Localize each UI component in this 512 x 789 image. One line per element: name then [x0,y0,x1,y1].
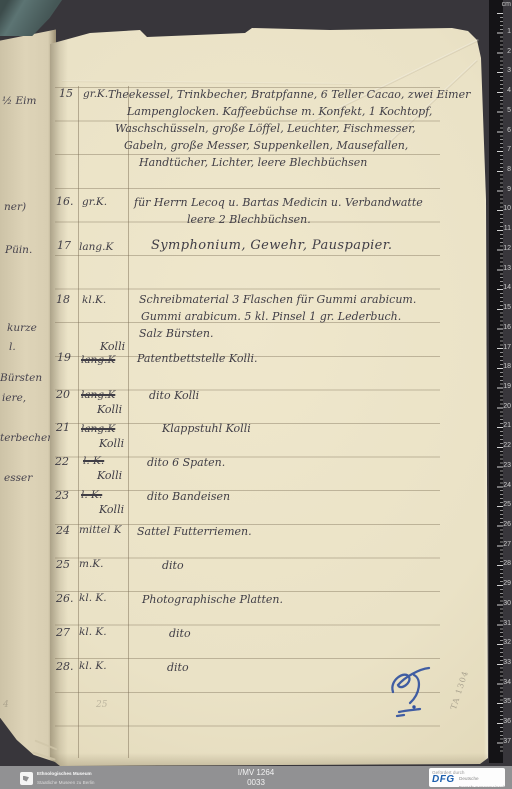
row-number: 25 [56,558,70,571]
row-label: lang.K [79,241,113,253]
ruler-number: 11 [503,225,511,232]
entry-line: Waschschüsseln, große Löffel, Leuchter, … [115,122,416,135]
document-scan-viewer: ½ Eim ner) Püin. kurze l. Bürsten iere, … [0,0,512,789]
ruler-number: 7 [503,146,511,153]
ruler-number: 17 [503,344,511,351]
ruler-unit-label: cm [502,1,511,8]
page-fragment: Püin. [5,244,32,256]
row-label-struck: l. K. [83,455,104,467]
museum-name-block: Ethnologisches Museum Staatliche Museen … [37,769,136,787]
entry-line: Klappstuhl Kolli [162,422,251,435]
column-line-numbers [78,86,79,758]
ruler-number: 19 [503,383,511,390]
ruler-number: 13 [503,265,511,272]
footer-bar: I/MV 1264 0033 Ethnologisches Museum Sta… [0,766,512,789]
row-label: kl. K. [79,626,107,638]
ruler-number: 12 [503,245,511,252]
page-fragment: ½ Eim [2,95,37,107]
museum-logo-icon [20,772,33,785]
entry-line: leere 2 Blechbüchsen. [187,213,311,226]
row-label-struck: l. K. [81,489,102,501]
row-number: 15 [59,87,73,100]
dfg-acronym: DFG [432,774,455,785]
row-number: 18 [56,293,70,306]
row-label-corrected: Kolli [99,503,124,516]
ruler-number: 26 [503,521,511,528]
entry-line: Gummi arabicum. 5 kl. Pinsel 1 gr. Leder… [141,310,401,323]
row-number: 20 [56,388,70,401]
row-label: gr.K. [83,88,108,100]
row-label: gr.K. [82,196,107,208]
entry-line: Symphonium, Gewehr, Pauspapier. [151,238,392,253]
entry-line: dito [167,661,189,674]
row-number: 22 [55,455,69,468]
ruler-number: 8 [503,166,511,173]
ruler-number: 32 [503,639,511,646]
ruler-number: 1 [503,28,511,35]
entry-line: Handtücher, Lichter, leere Blechbüchsen [139,156,367,169]
dfg-name-line1: Deutsche [459,776,505,781]
ruler-ticks [489,0,503,763]
row-number: 21 [56,421,70,434]
column-line-labels [128,86,129,758]
ruler: cm 1234567891011121314151617181920212223… [489,0,512,763]
row-number: 27 [56,626,70,639]
ruler-number: 5 [503,107,511,114]
pencil-mark: 25 [96,700,107,710]
page-fragment: kurze [7,322,37,334]
row-label-corrected: Kolli [100,340,125,353]
entry-line: Patentbettstelle Kolli. [137,352,258,365]
ruler-number: 31 [503,620,511,627]
entry-line: Lampenglocken. Kaffeebüchse m. Konfekt, … [127,105,432,118]
row-number: 23 [55,489,69,502]
entry-line: dito Bandeisen [147,490,230,503]
entry-line: dito Kolli [149,389,199,402]
row-label-struck: lang.K [81,423,115,435]
ruler-number: 10 [503,205,511,212]
page-fragment: l. [9,341,16,353]
entry-line: Schreibmaterial 3 Flaschen für Gummi ara… [139,293,416,306]
dfg-name-line2: Forschungsgemeinschaft [459,785,505,787]
entry-line: für Herrn Lecoq u. Bartas Medicin u. Ver… [134,196,423,209]
ruler-number: 18 [503,363,511,370]
row-number: 26. [56,592,74,605]
entry-line: dito [169,627,191,640]
row-label: m.K. [79,558,103,570]
museum-name: Ethnologisches Museum [37,771,95,776]
ruler-number: 22 [503,442,511,449]
ruler-number: 23 [503,462,511,469]
ruler-number: 3 [503,67,511,74]
ruler-number: 36 [503,718,511,725]
row-number: 28. [56,660,74,673]
dfg-logo: Gefördert durch DFG Deutsche Forschungsg… [429,768,505,787]
ruler-number: 37 [503,738,511,745]
page-fragment: iere, [2,392,26,404]
ruler-number: 25 [503,501,511,508]
row-label: mittel K [79,524,122,536]
page-fragment: terbecher [0,432,52,444]
entry-line: dito [162,559,184,572]
row-label-struck: lang.K [81,354,115,366]
entry-line: Theekessel, Trinkbecher, Bratpfanne, 6 T… [108,88,470,101]
ruler-number: 6 [503,127,511,134]
ruler-number: 27 [503,541,511,548]
ruler-number: 16 [503,324,511,331]
ruler-number: 28 [503,560,511,567]
blue-initial-mark [383,660,458,720]
entry-line: dito 6 Spaten. [147,456,225,469]
ruler-number: 2 [503,48,511,55]
ruler-number: 34 [503,679,511,686]
ruler-number: 35 [503,698,511,705]
ruler-number: 29 [503,580,511,587]
ruler-number: 20 [503,403,511,410]
page-fragment: esser [4,472,32,484]
museum-logo: Ethnologisches Museum Staatliche Museen … [20,769,136,787]
pencil-mark: 4 [3,700,9,710]
ruler-number: 21 [503,422,511,429]
row-number: 24 [56,524,70,537]
row-number: 17 [57,239,71,252]
ruler-number: 4 [503,87,511,94]
row-label-corrected: Kolli [97,469,122,482]
ruler-number: 9 [503,186,511,193]
ruler-number: 30 [503,600,511,607]
row-label-struck: lang.K [81,389,115,401]
row-number: 19 [57,351,71,364]
row-label: kl.K. [82,294,106,306]
page-fragment: ner) [4,201,26,213]
ruler-number: 15 [503,304,511,311]
row-label: kl. K. [79,592,107,604]
entry-line: Gabeln, große Messer, Suppenkellen, Maus… [124,139,408,152]
row-label: kl. K. [79,660,107,672]
dfg-name-block: Deutsche Forschungsgemeinschaft [459,774,505,787]
ruler-number: 24 [503,482,511,489]
entry-line: Photographische Platten. [142,593,283,606]
museum-subtitle: Staatliche Museen zu Berlin [37,780,95,785]
entry-line: Salz Bürsten. [139,327,214,340]
row-number: 16. [56,195,74,208]
ruler-number: 14 [503,284,511,291]
row-label-corrected: Kolli [99,437,124,450]
page-fragment: Bürsten [0,372,42,384]
entry-line: Sattel Futterriemen. [137,525,252,538]
row-label-corrected: Kolli [97,403,122,416]
ruler-number: 33 [503,659,511,666]
